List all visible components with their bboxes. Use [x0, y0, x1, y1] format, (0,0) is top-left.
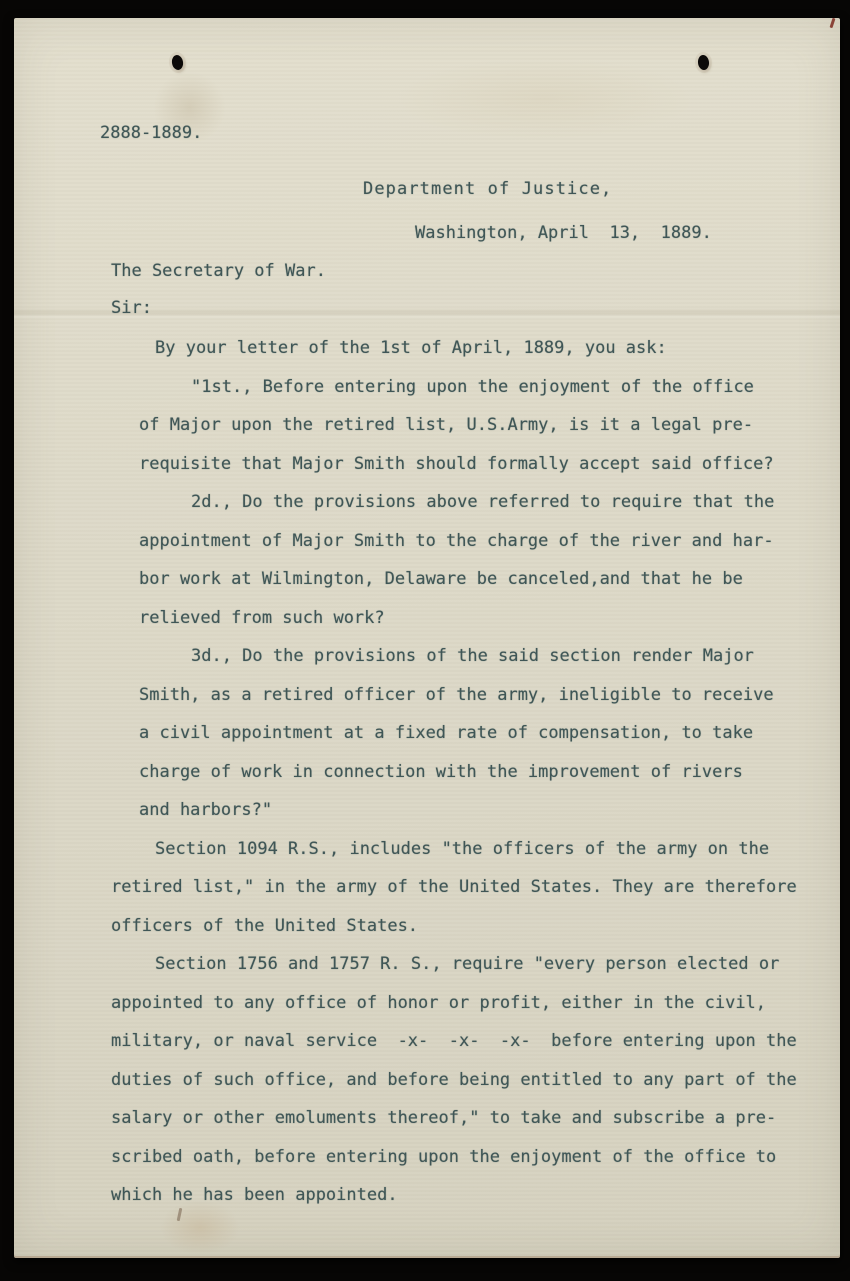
- document-line: bor work at Wilmington, Delaware be canc…: [139, 560, 821, 599]
- paper-stain: [394, 56, 694, 141]
- hole-punch-right: [697, 54, 710, 70]
- document-line: charge of work in connection with the im…: [139, 753, 821, 792]
- document-line: appointed to any office of honor or prof…: [111, 984, 821, 1023]
- document-line: military, or naval service -x- -x- -x- b…: [111, 1022, 821, 1061]
- recipient-line: The Secretary of War.: [111, 252, 326, 291]
- letterhead-department: Department of Justice,: [363, 170, 612, 209]
- document-line: officers of the United States.: [111, 907, 821, 946]
- document-line: 2d., Do the provisions above referred to…: [191, 483, 821, 522]
- document-line: duties of such office, and before being …: [111, 1061, 821, 1100]
- document-line: By your letter of the 1st of April, 1889…: [155, 329, 821, 368]
- scan-background: 2888-1889. Department of Justice, Washin…: [0, 0, 850, 1281]
- document-line: scribed oath, before entering upon the e…: [111, 1138, 821, 1177]
- ink-mark: [830, 18, 836, 28]
- document-line: retired list," in the army of the United…: [111, 868, 821, 907]
- document-line: of Major upon the retired list, U.S.Army…: [139, 406, 821, 445]
- document-line: relieved from such work?: [139, 599, 821, 638]
- salutation-line: Sir:: [111, 289, 152, 328]
- document-line: requisite that Major Smith should formal…: [139, 445, 821, 484]
- document-line: salary or other emoluments thereof," to …: [111, 1099, 821, 1138]
- hole-punch-left: [171, 54, 184, 71]
- document-line: which he has been appointed.: [111, 1176, 821, 1215]
- document-line: Smith, as a retired officer of the army,…: [139, 676, 821, 715]
- letter-body: By your letter of the 1st of April, 1889…: [111, 329, 821, 1215]
- document-line: Section 1756 and 1757 R. S., require "ev…: [155, 945, 821, 984]
- document-line: 3d., Do the provisions of the said secti…: [191, 637, 821, 676]
- letterhead-place-date: Washington, April 13, 1889.: [415, 214, 712, 253]
- document-page: 2888-1889. Department of Justice, Washin…: [14, 18, 840, 1258]
- document-line: a civil appointment at a fixed rate of c…: [139, 714, 821, 753]
- document-line: Section 1094 R.S., includes "the officer…: [155, 830, 821, 869]
- document-line: "1st., Before entering upon the enjoymen…: [191, 368, 821, 407]
- document-line: and harbors?": [139, 791, 821, 830]
- docket-number: 2888-1889.: [100, 114, 202, 153]
- document-line: appointment of Major Smith to the charge…: [139, 522, 821, 561]
